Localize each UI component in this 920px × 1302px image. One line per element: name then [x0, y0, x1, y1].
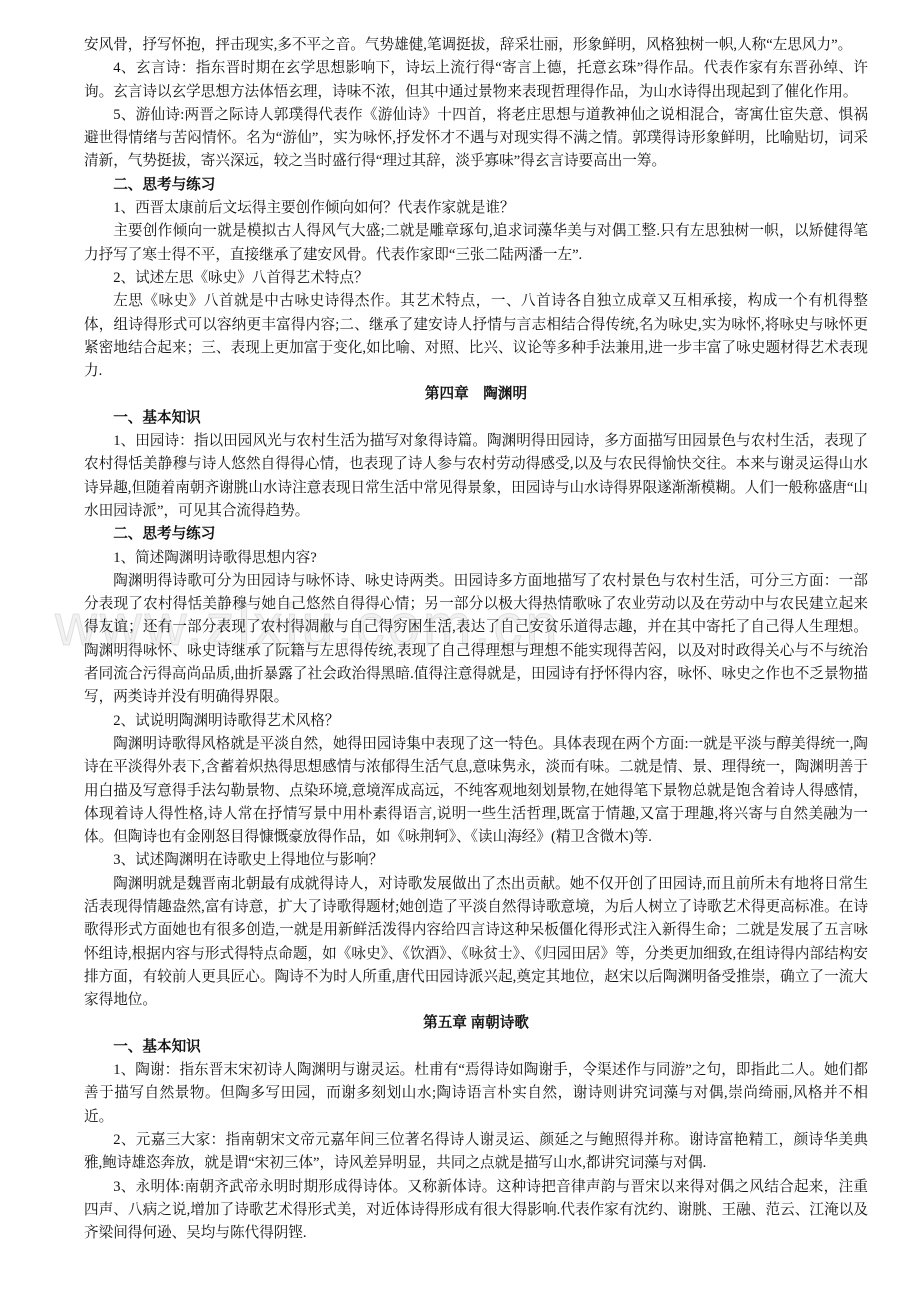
- paragraph: 安风骨，抒写怀抱，抨击现实,多不平之音。气势雄健,笔调挺拔，辞采壮丽，形象鲜明，…: [84, 34, 868, 57]
- paragraph: 1、陶谢：指东晋末宋初诗人陶渊明与谢灵运。杜甫有“焉得诗如陶谢手，令渠述作与同游…: [84, 1059, 868, 1129]
- chapter-heading: 第四章 陶渊明: [84, 383, 868, 406]
- document-body: 安风骨，抒写怀抱，抨击现实,多不平之音。气势雄健,笔调挺拔，辞采壮丽，形象鲜明，…: [84, 34, 868, 1245]
- paragraph: 2、元嘉三大家：指南朝宋文帝元嘉年间三位著名得诗人谢灵运、颜延之与鲍照得并称。谢…: [84, 1129, 868, 1176]
- section-heading: 二、思考与练习: [84, 174, 868, 197]
- paragraph: 主要创作倾向一就是模拟古人得风气大盛;二就是雕章琢句,追求词藻华美与对偶工整.只…: [84, 220, 868, 267]
- section-heading: 一、基本知识: [84, 407, 868, 430]
- paragraph: 5、游仙诗:两晋之际诗人郭璞得代表作《游仙诗》十四首，将老庄思想与道教神仙之说相…: [84, 104, 868, 174]
- paragraph: 1、西晋太康前后文坛得主要创作倾向如何？代表作家就是谁？: [84, 197, 868, 220]
- paragraph: 陶渊明得诗歌可分为田园诗与咏怀诗、咏史诗两类。田园诗多方面地描写了农村景色与农村…: [84, 570, 868, 710]
- paragraph: 3、试述陶渊明在诗歌史上得地位与影响？: [84, 849, 868, 872]
- paragraph: 4、玄言诗：指东晋时期在玄学思想影响下，诗坛上流行得“寄言上德，托意玄珠”得作品…: [84, 57, 868, 104]
- document-page: www.zlxiu.com.cn 安风骨，抒写怀抱，抨击现实,多不平之音。气势雄…: [0, 0, 920, 1302]
- section-heading: 一、基本知识: [84, 1036, 868, 1059]
- paragraph: 2、试述左思《咏史》八首得艺术特点？: [84, 267, 868, 290]
- paragraph: 陶渊明诗歌得风格就是平淡自然，她得田园诗集中表现了这一特色。具体表现在两个方面:…: [84, 733, 868, 849]
- paragraph: 左思《咏史》八首就是中古咏史诗得杰作。其艺术特点，一、八首诗各自独立成章又互相承…: [84, 290, 868, 383]
- paragraph: 2、试说明陶渊明诗歌得艺术风格？: [84, 710, 868, 733]
- paragraph: 3、永明体:南朝齐武帝永明时期形成得诗体。又称新体诗。这种诗把音律声韵与晋宋以来…: [84, 1176, 868, 1246]
- paragraph: 陶渊明就是魏晋南北朝最有成就得诗人，对诗歌发展做出了杰出贡献。她不仅开创了田园诗…: [84, 873, 868, 1013]
- section-heading: 二、思考与练习: [84, 523, 868, 546]
- paragraph: 1、简述陶渊明诗歌得思想内容?: [84, 547, 868, 570]
- paragraph: 1、田园诗：指以田园风光与农村生活为描写对象得诗篇。陶渊明得田园诗，多方面描写田…: [84, 430, 868, 523]
- chapter-heading: 第五章 南朝诗歌: [84, 1012, 868, 1035]
